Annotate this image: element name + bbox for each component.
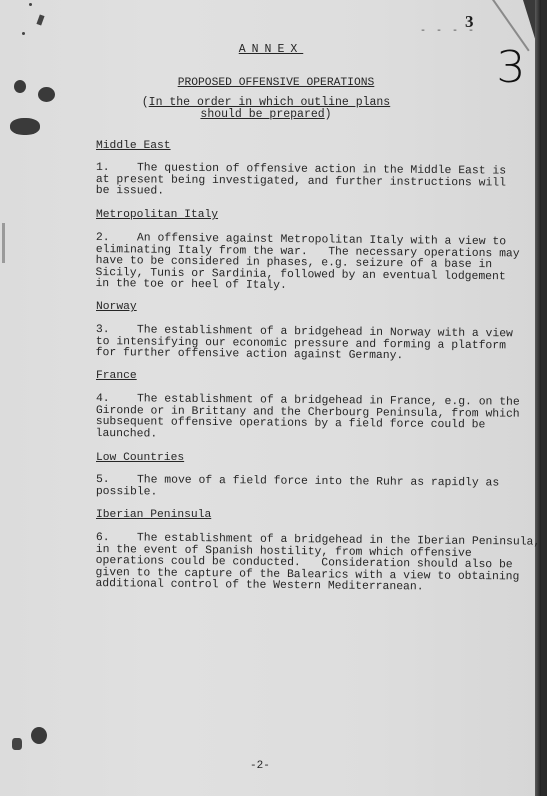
open-paren: ( — [142, 96, 149, 109]
section-heading: France — [96, 371, 137, 383]
annex-heading: ANNEX — [216, 44, 326, 56]
section-paragraph: 2. An offensive against Metropolitan Ita… — [95, 233, 536, 295]
section-heading: Low Countries — [96, 453, 184, 465]
document-title: PROPOSED OFFENSIVE OPERATIONS — [156, 78, 396, 90]
punch-hole-mark — [14, 80, 26, 93]
document-subtitle-line1: (In the order in which outline plans — [136, 97, 396, 109]
ink-speck — [29, 3, 32, 6]
section-paragraph: 5. The move of a field force into the Ru… — [96, 475, 536, 502]
punch-hole-mark — [10, 118, 40, 135]
punch-hole-mark — [31, 727, 47, 744]
section-paragraph: 3. The establishment of a bridgehead in … — [96, 325, 536, 364]
margin-mark — [2, 223, 5, 263]
punch-hole-mark — [38, 87, 55, 102]
section-heading: Norway — [96, 302, 137, 314]
typed-page-number: 3 — [465, 12, 474, 32]
section-paragraph: 6. The establishment of a bridgehead in … — [95, 533, 536, 595]
close-paren: ) — [325, 108, 332, 121]
page-footer-number: -2- — [250, 760, 270, 772]
punch-hole-mark — [12, 738, 22, 750]
section-heading: Middle East — [96, 141, 171, 153]
subtitle-text-2: should be prepared — [200, 108, 324, 121]
document-subtitle-line2: should be prepared) — [136, 109, 396, 121]
section-heading: Metropolitan Italy — [96, 210, 218, 222]
section-paragraph: 4. The establishment of a bridgehead in … — [96, 394, 536, 444]
document-page: - - - - 3 3 ANNEX PROPOSED OFFENSIVE OPE… — [0, 0, 541, 796]
section-paragraph: 1. The question of offensive action in t… — [96, 163, 536, 201]
ink-speck — [22, 32, 25, 35]
ink-speck — [36, 14, 44, 25]
handwritten-page-number: 3 — [496, 42, 525, 93]
section-heading: Iberian Peninsula — [96, 510, 211, 522]
